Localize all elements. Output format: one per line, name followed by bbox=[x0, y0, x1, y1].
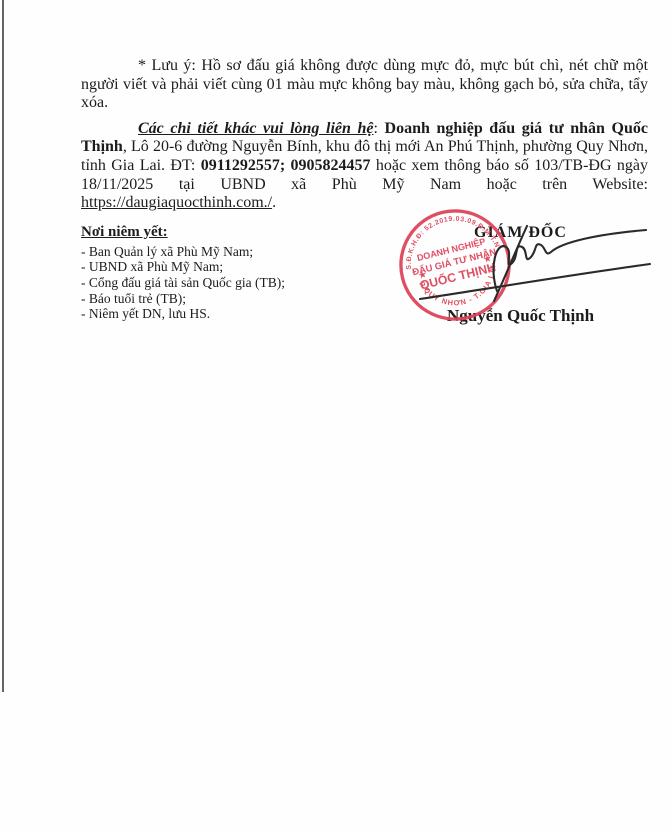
handwritten-signature bbox=[390, 200, 672, 340]
scanned-document-page: * Lưu ý: Hồ sơ đấu giá không được dùng m… bbox=[0, 0, 672, 832]
contact-paragraph: Các chi tiết khác vui lòng liên hệ: Doan… bbox=[81, 120, 648, 213]
contact-period: . bbox=[272, 194, 276, 211]
contact-colon: : bbox=[373, 120, 384, 137]
phone-numbers: 0911292557; 0905824457 bbox=[201, 157, 371, 174]
signature-strokes bbox=[420, 226, 650, 301]
contact-lead: Các chi tiết khác vui lòng liên hệ bbox=[138, 120, 373, 137]
scan-edge-line bbox=[2, 0, 4, 692]
note-label: Lưu ý: bbox=[152, 57, 202, 74]
note-marker: * bbox=[138, 57, 152, 74]
website-link: https://daugiaquocthinh.com./ bbox=[81, 194, 272, 211]
note-paragraph: * Lưu ý: Hồ sơ đấu giá không được dùng m… bbox=[81, 57, 648, 113]
